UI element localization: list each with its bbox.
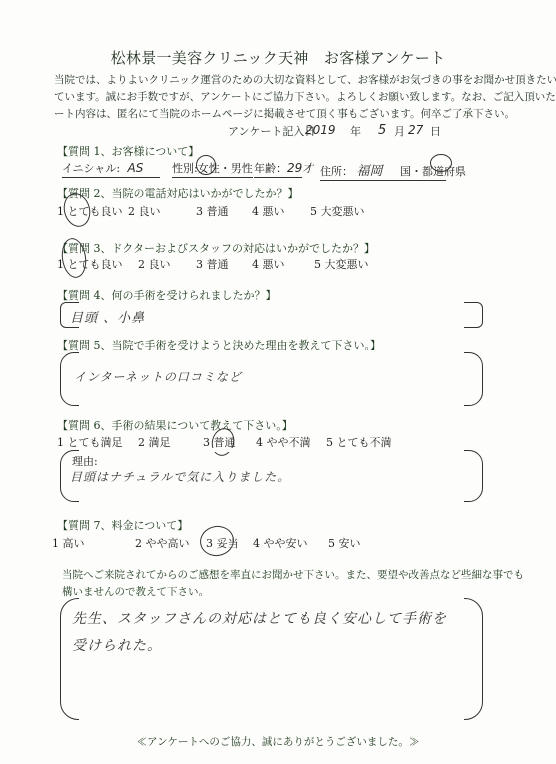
q3-option-2[interactable]: 2 良い bbox=[138, 256, 171, 272]
q3-option-3[interactable]: 3 普通 bbox=[196, 256, 229, 272]
thank-you-footer: ≪アンケートへのご協力、誠にありがとうございました。≫ bbox=[0, 734, 556, 749]
intro-line-2: ています。誠にお手数ですが、アンケートにご協力下さい。よろしくお願い致します。な… bbox=[54, 89, 556, 104]
address-label: 住所： bbox=[320, 165, 353, 178]
q7-option-4[interactable]: 4 やや安い bbox=[253, 535, 308, 551]
q7-option-2[interactable]: 2 やや高い bbox=[135, 535, 190, 551]
q2-option-3[interactable]: 3 普通 bbox=[196, 203, 229, 219]
address-field[interactable]: 住所： 福岡 国・都道府県 bbox=[320, 160, 446, 181]
comments-prompt-line-1: 当院へご来院されてからのご感想を率直にお聞かせ下さい。また、要望や改善点など些細… bbox=[62, 567, 524, 582]
date-month-unit: 月 bbox=[394, 123, 405, 139]
q6-reason-label: 理由: bbox=[72, 453, 98, 469]
date-day-value[interactable]: 27 bbox=[408, 123, 423, 137]
address-value: 福岡 bbox=[357, 164, 383, 179]
q3-option-4[interactable]: 4 悪い bbox=[252, 256, 285, 272]
intro-line-3: ート内容は、匿名にて当院のホームページに掲載させて頂く事もございます。何卒ご了承… bbox=[54, 106, 515, 121]
date-year-value[interactable]: 2019 bbox=[305, 123, 336, 137]
date-month-value[interactable]: 5 bbox=[378, 123, 386, 138]
q6-heading: 【質問 6、手術の結果について教えて下さい。】 bbox=[57, 417, 293, 433]
q3-option-5[interactable]: 5 大変悪い bbox=[314, 256, 369, 272]
survey-title: 松林景一美容クリニック天神 お客様アンケート bbox=[0, 47, 556, 68]
date-label: アンケート記入日 bbox=[228, 123, 315, 139]
q2-option-5[interactable]: 5 大変悪い bbox=[310, 203, 365, 219]
prefecture-selected-circle bbox=[430, 154, 452, 172]
date-year-unit: 年 bbox=[350, 123, 361, 139]
gender-selected-circle bbox=[196, 155, 216, 175]
q7-option-5[interactable]: 5 安い bbox=[328, 535, 361, 551]
comments-answer-line-2: 受けられた。 bbox=[72, 635, 162, 655]
q2-heading: 【質問 2、当院の電話対応はいかがでしたか？】 bbox=[57, 185, 299, 201]
q3-heading: 【質問 3、ドクターおよびスタッフの対応はいかがでしたか？】 bbox=[57, 240, 375, 256]
q6-reason: 目頭はナチュラルで気に入りました。 bbox=[70, 468, 290, 485]
initial-field[interactable]: イニシャル: AS bbox=[62, 160, 160, 178]
age-label: 年齢： bbox=[254, 162, 287, 175]
q5-answer: インターネットの口コミなど bbox=[74, 368, 242, 385]
age-unit: 才 bbox=[302, 160, 313, 176]
q7-heading: 【質問 7、料金について】 bbox=[57, 517, 188, 533]
comments-answer-line-1: 先生、スタッフさんの対応はとても良く安心して手術を bbox=[72, 608, 447, 628]
initial-label: イニシャル: bbox=[62, 162, 120, 175]
age-value: 29 bbox=[287, 161, 302, 175]
initial-value: AS bbox=[128, 161, 144, 175]
q4-answer: 目頭 、小鼻 bbox=[70, 307, 145, 326]
q7-option-1[interactable]: 1 高い bbox=[52, 535, 85, 551]
q2-option-4[interactable]: 4 悪い bbox=[252, 203, 285, 219]
age-field[interactable]: 年齢：29 bbox=[254, 160, 302, 178]
intro-line-1: 当院では、よりよいクリニック運営のための大切な資料として、お客様がお気づきの事を… bbox=[54, 72, 556, 87]
date-day-unit: 日 bbox=[430, 123, 441, 139]
q7-selected-circle bbox=[198, 523, 237, 558]
q1-heading: 【質問 1、お客様について】 bbox=[57, 143, 199, 159]
q2-option-2[interactable]: 2 良い bbox=[128, 203, 161, 219]
gender-label: 性別: bbox=[172, 162, 198, 175]
